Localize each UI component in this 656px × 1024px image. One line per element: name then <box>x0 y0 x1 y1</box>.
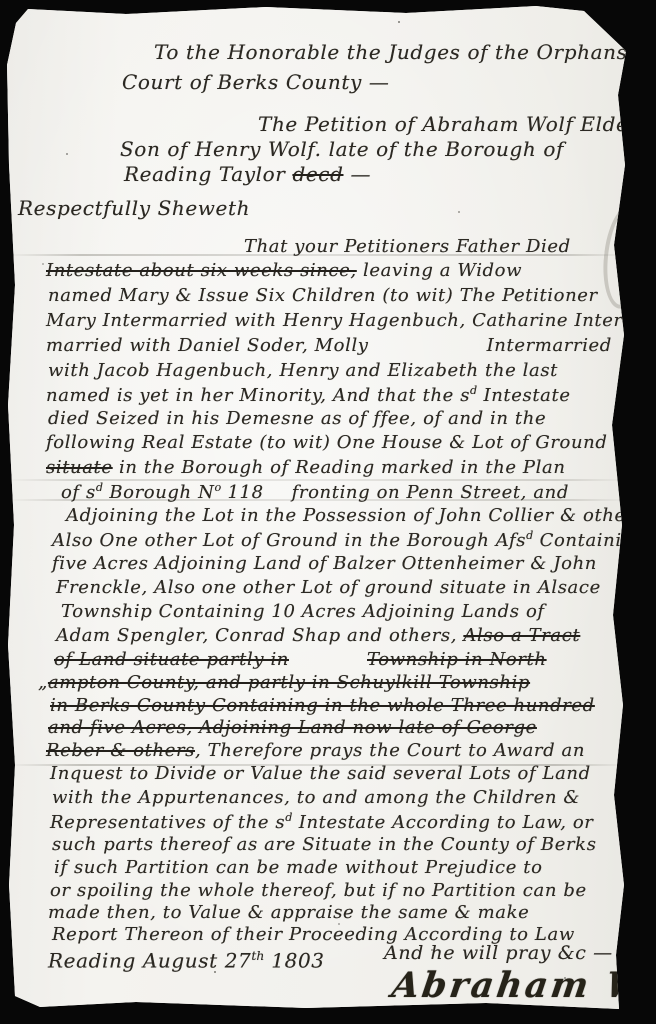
body-line: Township Containing 10 Acres Adjoining L… <box>61 602 545 622</box>
handwritten-text: 118 <box>221 482 263 503</box>
handwritten-text: leaving a Widow <box>357 260 522 281</box>
body-line: situate in the Borough of Reading marked… <box>46 458 566 478</box>
handwritten-text: , Therefore prays the Court to Award an <box>195 740 585 761</box>
handwritten-text: such parts thereof as are Situate in the… <box>52 834 597 855</box>
address-line: To the Honorable the Judges of the Orpha… <box>154 41 627 63</box>
handwritten-text: Township Containing 10 Acres Adjoining L… <box>61 601 545 622</box>
handwritten-text: d <box>96 481 103 494</box>
handwritten-text: Also One other Lot of Ground in the Boro… <box>52 530 526 551</box>
struck-text: Intestate about six weeks since, <box>46 260 357 281</box>
handwritten-text: married with Daniel Soder, Molly <box>46 335 369 356</box>
title-line: The Petition of Abraham Wolf Eldest <box>258 113 630 135</box>
handwritten-text: „ <box>38 672 48 693</box>
handwritten-text: Reading August 27 <box>48 949 251 973</box>
handwritten-text: named Mary & Issue Six Children (to wit)… <box>48 285 598 306</box>
body-line: if such Partition can be made without Pr… <box>54 858 543 878</box>
blank-space <box>289 664 367 665</box>
body-line: married with Daniel Soder, MollyIntermar… <box>46 336 612 356</box>
seal-stain-mark <box>599 203 630 311</box>
struck-text: ampton County, and partly in Schuylkill … <box>48 672 530 693</box>
handwritten-text: That your Petitioners Father Died <box>244 236 571 257</box>
handwritten-text: or spoiling the whole thereof, but if no… <box>50 880 587 901</box>
title-line: Reading Taylor decd — <box>124 163 371 185</box>
handwritten-text: Borough N <box>103 482 214 503</box>
handwritten-text: 1803 <box>264 949 324 973</box>
handwritten-text: Intermarried <box>487 335 612 356</box>
body-line: following Real Estate (to wit) One House… <box>46 433 607 453</box>
body-line: died Seized in his Demesne as of ffee, o… <box>48 409 546 429</box>
paper: To the Honorable the Judges of the Orpha… <box>6 5 630 1009</box>
body-line: such parts thereof as are Situate in the… <box>52 835 597 855</box>
handwritten-text: made then, to Value & appraise the same … <box>48 902 529 923</box>
body-line: Also One other Lot of Ground in the Boro… <box>52 530 630 551</box>
title-line: Son of Henry Wolf. late of the Borough o… <box>120 138 564 160</box>
handwritten-text: Mary Intermarried with Henry Hagenbuch, … <box>46 310 623 331</box>
handwritten-text: fronting on Penn Street, and <box>292 482 569 503</box>
blank-space <box>264 497 292 498</box>
handwritten-text: The Petition of Abraham Wolf Eldest <box>258 112 630 136</box>
body-line: with the Appurtenances, to and among the… <box>52 788 580 808</box>
struck-text: Also a Tract <box>463 625 580 646</box>
address-line: Court of Berks County — <box>122 71 389 93</box>
body-line: Representatives of the sd Intestate Acco… <box>50 812 594 833</box>
handwritten-text: Respectfully Sheweth <box>18 196 250 220</box>
handwritten-text: And he will pray &c — <box>384 942 613 964</box>
body-line: Adjoining the Lot in the Possession of J… <box>66 506 630 526</box>
scanned-document: To the Honorable the Judges of the Orpha… <box>0 0 656 1024</box>
handwritten-text: five Acres Adjoining Land of Balzer Otte… <box>52 553 597 574</box>
body-line: named Mary & Issue Six Children (to wit)… <box>48 286 598 306</box>
struck-text: situate <box>46 457 113 478</box>
handwritten-text: in the Borough of Reading marked in the … <box>113 457 566 478</box>
body-line: and five Acres, Adjoining Land now late … <box>48 718 537 738</box>
handwritten-text: th <box>251 948 264 963</box>
body-line: made then, to Value & appraise the same … <box>48 903 529 923</box>
handwritten-text: — <box>343 162 371 186</box>
body-line: Adam Spengler, Conrad Shap and others, A… <box>56 626 580 646</box>
handwritten-text: Adam Spengler, Conrad Shap and others, <box>56 625 463 646</box>
salutation-line: Respectfully Sheweth <box>18 197 250 219</box>
struck-text: of Land situate partly in <box>54 649 289 670</box>
handwritten-text: following Real Estate (to wit) One House… <box>46 432 607 453</box>
body-line: „ampton County, and partly in Schuylkill… <box>38 673 530 693</box>
struck-text: and five Acres, Adjoining Land now late … <box>48 717 537 738</box>
body-line: Inquest to Divide or Value the said seve… <box>50 764 591 784</box>
handwritten-text: Reading Taylor <box>124 162 292 186</box>
body-line: or spoiling the whole thereof, but if no… <box>50 881 587 901</box>
struck-text: Township in North <box>367 649 547 670</box>
body-line: with Jacob Hagenbuch, Henry and Elizabet… <box>48 361 558 381</box>
handwritten-text: Representatives of the s <box>50 812 285 833</box>
struck-text: decd <box>292 162 343 186</box>
handwritten-text: Son of Henry Wolf. late of the Borough o… <box>120 137 564 161</box>
body-line: That your Petitioners Father Died <box>244 237 571 257</box>
handwritten-text: Frenckle, Also one other Lot of ground s… <box>56 577 601 598</box>
body-line: Reber & others, Therefore prays the Cour… <box>46 741 585 761</box>
handwritten-text: Abraham Wolff <box>389 965 630 1006</box>
handwritten-text: Inquest to Divide or Value the said seve… <box>50 763 591 784</box>
body-line: of Land situate partly inTownship in Nor… <box>54 650 547 670</box>
handwritten-text: Intestate <box>477 385 570 406</box>
handwritten-text: Adjoining the Lot in the Possession of J… <box>66 505 630 526</box>
handwritten-text: Court of Berks County — <box>122 70 389 94</box>
blank-space <box>369 350 487 351</box>
struck-text: Reber & others <box>46 740 195 761</box>
body-line: named is yet in her Minority, And that t… <box>46 385 571 406</box>
body-line: Intestate about six weeks since, leaving… <box>46 261 522 281</box>
struck-text: in Berks County Containing in the whole … <box>50 695 595 716</box>
handwritten-text: if such Partition can be made without Pr… <box>54 857 543 878</box>
handwritten-text: Intestate According to Law, or <box>292 812 593 833</box>
handwritten-text: with Jacob Hagenbuch, Henry and Elizabet… <box>48 360 558 381</box>
handwritten-text: Containing <box>533 530 630 551</box>
signature-line: Abraham Wolff <box>389 967 630 1006</box>
date-line: Reading August 27th 1803 <box>48 949 325 972</box>
body-line: Mary Intermarried with Henry Hagenbuch, … <box>46 311 623 331</box>
handwritten-text: died Seized in his Demesne as of ffee, o… <box>48 408 546 429</box>
body-line: in Berks County Containing in the whole … <box>50 696 595 716</box>
handwritten-text: named is yet in her Minority, And that t… <box>46 385 470 406</box>
body-line: five Acres Adjoining Land of Balzer Otte… <box>52 554 597 574</box>
body-line: of sd Borough No 118fronting on Penn Str… <box>61 482 569 503</box>
handwritten-text: with the Appurtenances, to and among the… <box>52 787 580 808</box>
closing-line: And he will pray &c — <box>384 943 613 964</box>
handwritten-text: of s <box>61 482 96 503</box>
handwritten-text: To the Honorable the Judges of the Orpha… <box>154 40 627 64</box>
body-line: Frenckle, Also one other Lot of ground s… <box>56 578 601 598</box>
ink-specks <box>6 5 8 7</box>
